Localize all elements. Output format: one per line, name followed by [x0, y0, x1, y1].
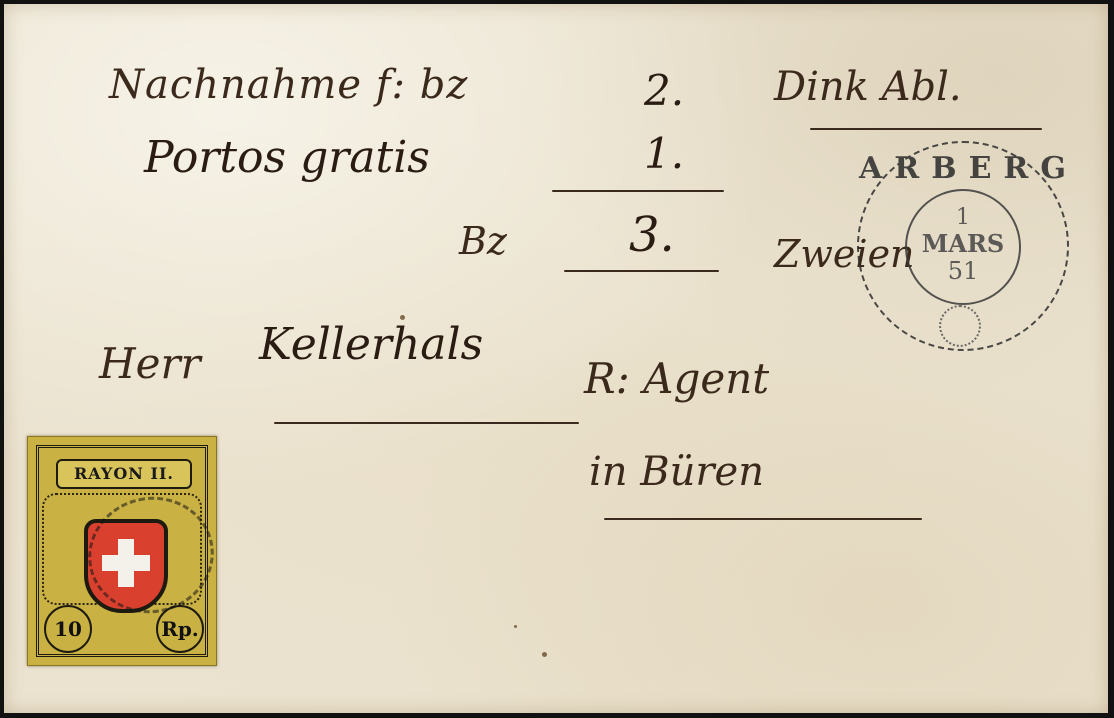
- postmark-arberg: ARBERG 1 MARS 51: [857, 141, 1069, 351]
- handwriting-amount-1: 1.: [644, 129, 684, 178]
- total-rule: [564, 270, 719, 272]
- handwriting-amount-3: 3.: [629, 207, 675, 263]
- postmark-day: 1: [907, 205, 1019, 230]
- postmark-year: 51: [907, 257, 1019, 285]
- handwriting-portos: Portos gratis: [144, 132, 430, 183]
- sum-rule: [552, 190, 724, 192]
- handwriting-amount-2: 2.: [644, 66, 684, 115]
- stamp-currency: Rp.: [156, 605, 204, 653]
- address-name-rule: [274, 422, 579, 424]
- stamp-value: 10: [44, 605, 92, 653]
- rayon-ii-stamp: RAYON II. 10 Rp.: [27, 436, 217, 666]
- postmark-date-circle: 1 MARS 51: [905, 189, 1021, 305]
- address-prefix: Herr: [99, 339, 201, 388]
- postmark-rosette-icon: [939, 305, 981, 347]
- top-right-rule: [810, 128, 1042, 130]
- postmark-month: MARS: [907, 229, 1019, 258]
- paper-spot: [400, 315, 405, 320]
- handwriting-bz: Bz: [459, 219, 507, 263]
- handwriting-nachnahme: Nachnahme f: bz: [109, 62, 468, 108]
- address-place-rule: [604, 518, 922, 520]
- handwriting-top-right: Dink Abl.: [774, 64, 962, 110]
- postmark-town: ARBERG: [859, 151, 1067, 186]
- address-title: R: Agent: [584, 354, 769, 403]
- paper-spot: [542, 652, 547, 657]
- address-name: Kellerhals: [259, 319, 483, 370]
- stamp-banner: RAYON II.: [56, 459, 192, 489]
- paper-spot: [514, 625, 517, 628]
- address-place: in Büren: [589, 449, 764, 495]
